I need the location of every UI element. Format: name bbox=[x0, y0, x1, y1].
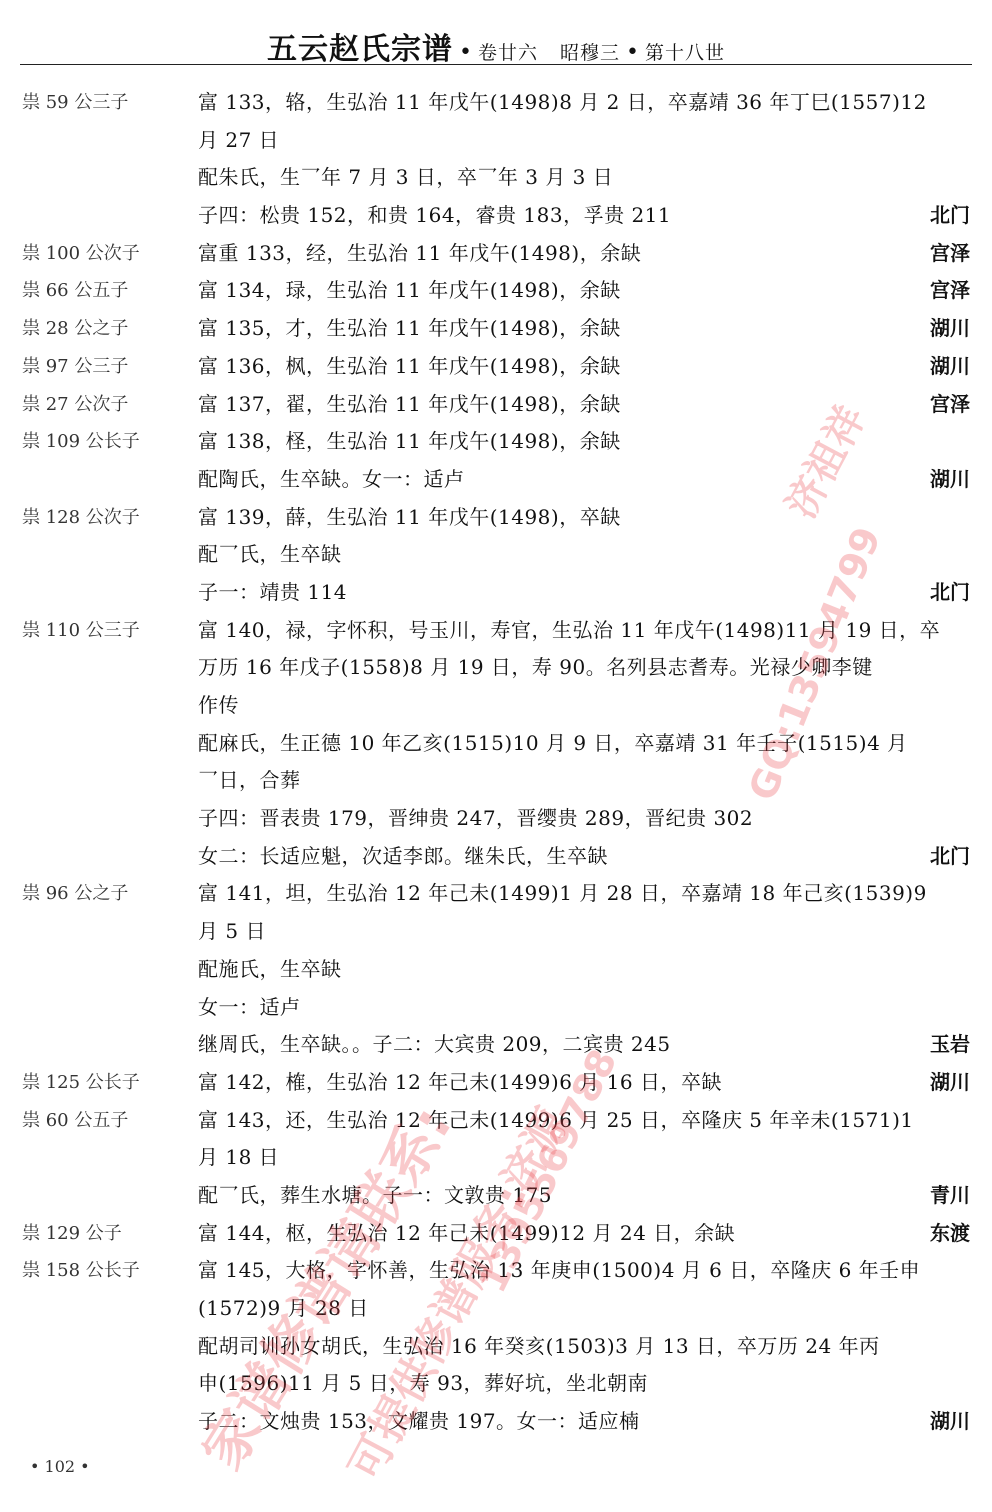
entry-line: 女一：适卢 bbox=[0, 989, 992, 1027]
entry-line: 配朱氏，生乛年 7 月 3 日，卒乛年 3 月 3 日 bbox=[0, 159, 992, 197]
entry-text: 配乛氏，葬生水塘。子一：文敦贵 175 bbox=[198, 1177, 552, 1215]
entry-line: 子四：松贵 152，和贵 164，睿贵 183，孚贵 211北门 bbox=[0, 197, 992, 235]
entry-text: 配乛氏，生卒缺 bbox=[198, 536, 342, 574]
book-title: 五云赵氏宗谱 bbox=[267, 32, 453, 67]
entry-text: 继周氏，生卒缺。。子二：大宾贵 209，二宾贵 245 bbox=[198, 1026, 671, 1064]
parent-reference: 祟 60 公五子 bbox=[22, 1102, 128, 1140]
entry-line: 配陶氏，生卒缺。女一：适卢湖川 bbox=[0, 461, 992, 499]
entry-text: 富 142，榷，生弘治 12 年己未(1499)6 月 16 日，卒缺 bbox=[198, 1064, 722, 1102]
entry-line: 乛日，合葬 bbox=[0, 762, 992, 800]
entry-text: 富重 133，经，生弘治 11 年戊午(1498)，余缺 bbox=[198, 235, 641, 273]
entry-text: 乛日，合葬 bbox=[198, 762, 301, 800]
entry-text: 富 137，翟，生弘治 11 年戊午(1498)，余缺 bbox=[198, 386, 621, 424]
entry-text: 作传 bbox=[198, 687, 239, 725]
entry-text: 富 138，柽，生弘治 11 年戊午(1498)，余缺 bbox=[198, 423, 621, 461]
entry-text: 子四：松贵 152，和贵 164，睿贵 183，孚贵 211 bbox=[198, 197, 671, 235]
entry-line: 祟 60 公五子富 143，还，生弘治 12 年己未(1499)6 月 25 日… bbox=[0, 1102, 992, 1140]
entry-line: 配乛氏，生卒缺 bbox=[0, 536, 992, 574]
entry-line: 配胡司训孙女胡氏，生弘治 16 年癸亥(1503)3 月 13 日，卒万历 24… bbox=[0, 1328, 992, 1366]
place-name: 北门 bbox=[930, 197, 970, 235]
place-name: 北门 bbox=[930, 838, 970, 876]
entry-text: 女二：长适应魁，次适李郎。继朱氏，生卒缺 bbox=[198, 838, 608, 876]
entry-line: 子一：靖贵 114北门 bbox=[0, 574, 992, 612]
entry-line: 申(1596)11 月 5 日，寿 93，葬好坑，坐北朝南 bbox=[0, 1365, 992, 1403]
entry-text: 女一：适卢 bbox=[198, 989, 301, 1027]
entry-text: 配胡司训孙女胡氏，生弘治 16 年癸亥(1503)3 月 13 日，卒万历 24… bbox=[198, 1328, 880, 1366]
entry-text: 富 145，大格，字怀善，生弘治 13 年庚申(1500)4 月 6 日，卒隆庆… bbox=[198, 1252, 920, 1290]
entry-line: 祟 158 公长子富 145，大格，字怀善，生弘治 13 年庚申(1500)4 … bbox=[0, 1252, 992, 1290]
place-name: 玉岩 bbox=[930, 1026, 970, 1064]
entry-text: 富 136，枫，生弘治 11 年戊午(1498)，余缺 bbox=[198, 348, 621, 386]
entry-text: 配陶氏，生卒缺。女一：适卢 bbox=[198, 461, 465, 499]
separator-dot: • bbox=[459, 40, 472, 65]
genealogy-entries: 祟 59 公三子富 133，辂，生弘治 11 年戊午(1498)8 月 2 日，… bbox=[0, 84, 992, 1441]
place-name: 宫泽 bbox=[930, 235, 970, 273]
parent-reference: 祟 158 公长子 bbox=[22, 1252, 140, 1290]
parent-reference: 祟 27 公次子 bbox=[22, 386, 128, 424]
entry-text: 富 133，辂，生弘治 11 年戊午(1498)8 月 2 日，卒嘉靖 36 年… bbox=[198, 84, 927, 122]
entry-line: 配乛氏，葬生水塘。子一：文敦贵 175青川 bbox=[0, 1177, 992, 1215]
place-name: 青川 bbox=[930, 1177, 970, 1215]
entry-text: 富 139，薛，生弘治 11 年戊午(1498)，卒缺 bbox=[198, 499, 621, 537]
entry-text: 配施氏，生卒缺 bbox=[198, 951, 342, 989]
entry-line: 祟 100 公次子富重 133，经，生弘治 11 年戊午(1498)，余缺宫泽 bbox=[0, 235, 992, 273]
parent-reference: 祟 59 公三子 bbox=[22, 84, 128, 122]
branch-label: 昭穆三 bbox=[560, 42, 620, 64]
generation-label: 第十八世 bbox=[645, 42, 725, 64]
entry-line: 祟 27 公次子富 137，翟，生弘治 11 年戊午(1498)，余缺宫泽 bbox=[0, 386, 992, 424]
entry-text: 子一：靖贵 114 bbox=[198, 574, 347, 612]
place-name: 湖川 bbox=[930, 461, 970, 499]
entry-line: 祟 66 公五子富 134，琭，生弘治 11 年戊午(1498)，余缺宫泽 bbox=[0, 272, 992, 310]
entry-line: 月 18 日 bbox=[0, 1139, 992, 1177]
entry-line: (1572)9 月 28 日 bbox=[0, 1290, 992, 1328]
entry-text: 富 144，枢，生弘治 12 年己未(1499)12 月 24 日，余缺 bbox=[198, 1215, 735, 1253]
entry-text: 月 27 日 bbox=[198, 122, 279, 160]
place-name: 宫泽 bbox=[930, 386, 970, 424]
place-name: 湖川 bbox=[930, 310, 970, 348]
entry-text: 子二：文烛贵 153，文耀贵 197。女一：适应楠 bbox=[198, 1403, 640, 1441]
entry-line: 万历 16 年戊子(1558)8 月 19 日，寿 90。名列县志耆寿。光禄少卿… bbox=[0, 649, 992, 687]
parent-reference: 祟 129 公子 bbox=[22, 1215, 122, 1253]
entry-text: 配麻氏，生正德 10 年乙亥(1515)10 月 9 日，卒嘉靖 31 年壬子(… bbox=[198, 725, 908, 763]
entry-line: 祟 125 公长子富 142，榷，生弘治 12 年己未(1499)6 月 16 … bbox=[0, 1064, 992, 1102]
entry-text: (1572)9 月 28 日 bbox=[198, 1290, 369, 1328]
entry-line: 祟 96 公之子富 141，坦，生弘治 12 年己未(1499)1 月 28 日… bbox=[0, 875, 992, 913]
separator-dot: • bbox=[626, 40, 639, 65]
entry-line: 月 5 日 bbox=[0, 913, 992, 951]
parent-reference: 祟 110 公三子 bbox=[22, 612, 140, 650]
entry-line: 作传 bbox=[0, 687, 992, 725]
entry-text: 配朱氏，生乛年 7 月 3 日，卒乛年 3 月 3 日 bbox=[198, 159, 613, 197]
place-name: 湖川 bbox=[930, 1064, 970, 1102]
entry-line: 子四：晋表贵 179，晋绅贵 247，晋缨贵 289，晋纪贵 302 bbox=[0, 800, 992, 838]
place-name: 湖川 bbox=[930, 348, 970, 386]
parent-reference: 祟 100 公次子 bbox=[22, 235, 140, 273]
entry-line: 月 27 日 bbox=[0, 122, 992, 160]
parent-reference: 祟 66 公五子 bbox=[22, 272, 128, 310]
parent-reference: 祟 128 公次子 bbox=[22, 499, 140, 537]
place-name: 湖川 bbox=[930, 1403, 970, 1441]
entry-text: 富 134，琭，生弘治 11 年戊午(1498)，余缺 bbox=[198, 272, 621, 310]
parent-reference: 祟 109 公长子 bbox=[22, 423, 140, 461]
header-rule bbox=[20, 64, 972, 65]
entry-line: 祟 109 公长子富 138，柽，生弘治 11 年戊午(1498)，余缺 bbox=[0, 423, 992, 461]
parent-reference: 祟 125 公长子 bbox=[22, 1064, 140, 1102]
entry-text: 富 140，禄，字怀积，号玉川，寿官，生弘治 11 年戊午(1498)11 月 … bbox=[198, 612, 940, 650]
parent-reference: 祟 96 公之子 bbox=[22, 875, 128, 913]
entry-text: 富 135，才，生弘治 11 年戊午(1498)，余缺 bbox=[198, 310, 621, 348]
volume-label: 卷廿六 bbox=[478, 42, 538, 64]
entry-line: 继周氏，生卒缺。。子二：大宾贵 209，二宾贵 245玉岩 bbox=[0, 1026, 992, 1064]
entry-line: 祟 110 公三子富 140，禄，字怀积，号玉川，寿官，生弘治 11 年戊午(1… bbox=[0, 612, 992, 650]
place-name: 北门 bbox=[930, 574, 970, 612]
entry-line: 子二：文烛贵 153，文耀贵 197。女一：适应楠湖川 bbox=[0, 1403, 992, 1441]
entry-text: 月 5 日 bbox=[198, 913, 266, 951]
parent-reference: 祟 97 公三子 bbox=[22, 348, 128, 386]
entry-line: 祟 28 公之子富 135，才，生弘治 11 年戊午(1498)，余缺湖川 bbox=[0, 310, 992, 348]
entry-line: 祟 128 公次子富 139，薛，生弘治 11 年戊午(1498)，卒缺 bbox=[0, 499, 992, 537]
entry-text: 富 143，还，生弘治 12 年己未(1499)6 月 25 日，卒隆庆 5 年… bbox=[198, 1102, 914, 1140]
entry-text: 万历 16 年戊子(1558)8 月 19 日，寿 90。名列县志耆寿。光禄少卿… bbox=[198, 649, 873, 687]
page-header: 五云赵氏宗谱•卷廿六昭穆三•第十八世 bbox=[0, 24, 992, 64]
parent-reference: 祟 28 公之子 bbox=[22, 310, 128, 348]
place-name: 宫泽 bbox=[930, 272, 970, 310]
entry-line: 祟 97 公三子富 136，枫，生弘治 11 年戊午(1498)，余缺湖川 bbox=[0, 348, 992, 386]
entry-line: 祟 129 公子富 144，枢，生弘治 12 年己未(1499)12 月 24 … bbox=[0, 1215, 992, 1253]
entry-text: 申(1596)11 月 5 日，寿 93，葬好坑，坐北朝南 bbox=[198, 1365, 648, 1403]
entry-text: 月 18 日 bbox=[198, 1139, 279, 1177]
entry-line: 配麻氏，生正德 10 年乙亥(1515)10 月 9 日，卒嘉靖 31 年壬子(… bbox=[0, 725, 992, 763]
entry-text: 富 141，坦，生弘治 12 年己未(1499)1 月 28 日，卒嘉靖 18 … bbox=[198, 875, 927, 913]
place-name: 东渡 bbox=[930, 1215, 970, 1253]
page-number: • 102 • bbox=[30, 1457, 90, 1476]
entry-line: 祟 59 公三子富 133，辂，生弘治 11 年戊午(1498)8 月 2 日，… bbox=[0, 84, 992, 122]
entry-text: 子四：晋表贵 179，晋绅贵 247，晋缨贵 289，晋纪贵 302 bbox=[198, 800, 753, 838]
entry-line: 女二：长适应魁，次适李郎。继朱氏，生卒缺北门 bbox=[0, 838, 992, 876]
entry-line: 配施氏，生卒缺 bbox=[0, 951, 992, 989]
